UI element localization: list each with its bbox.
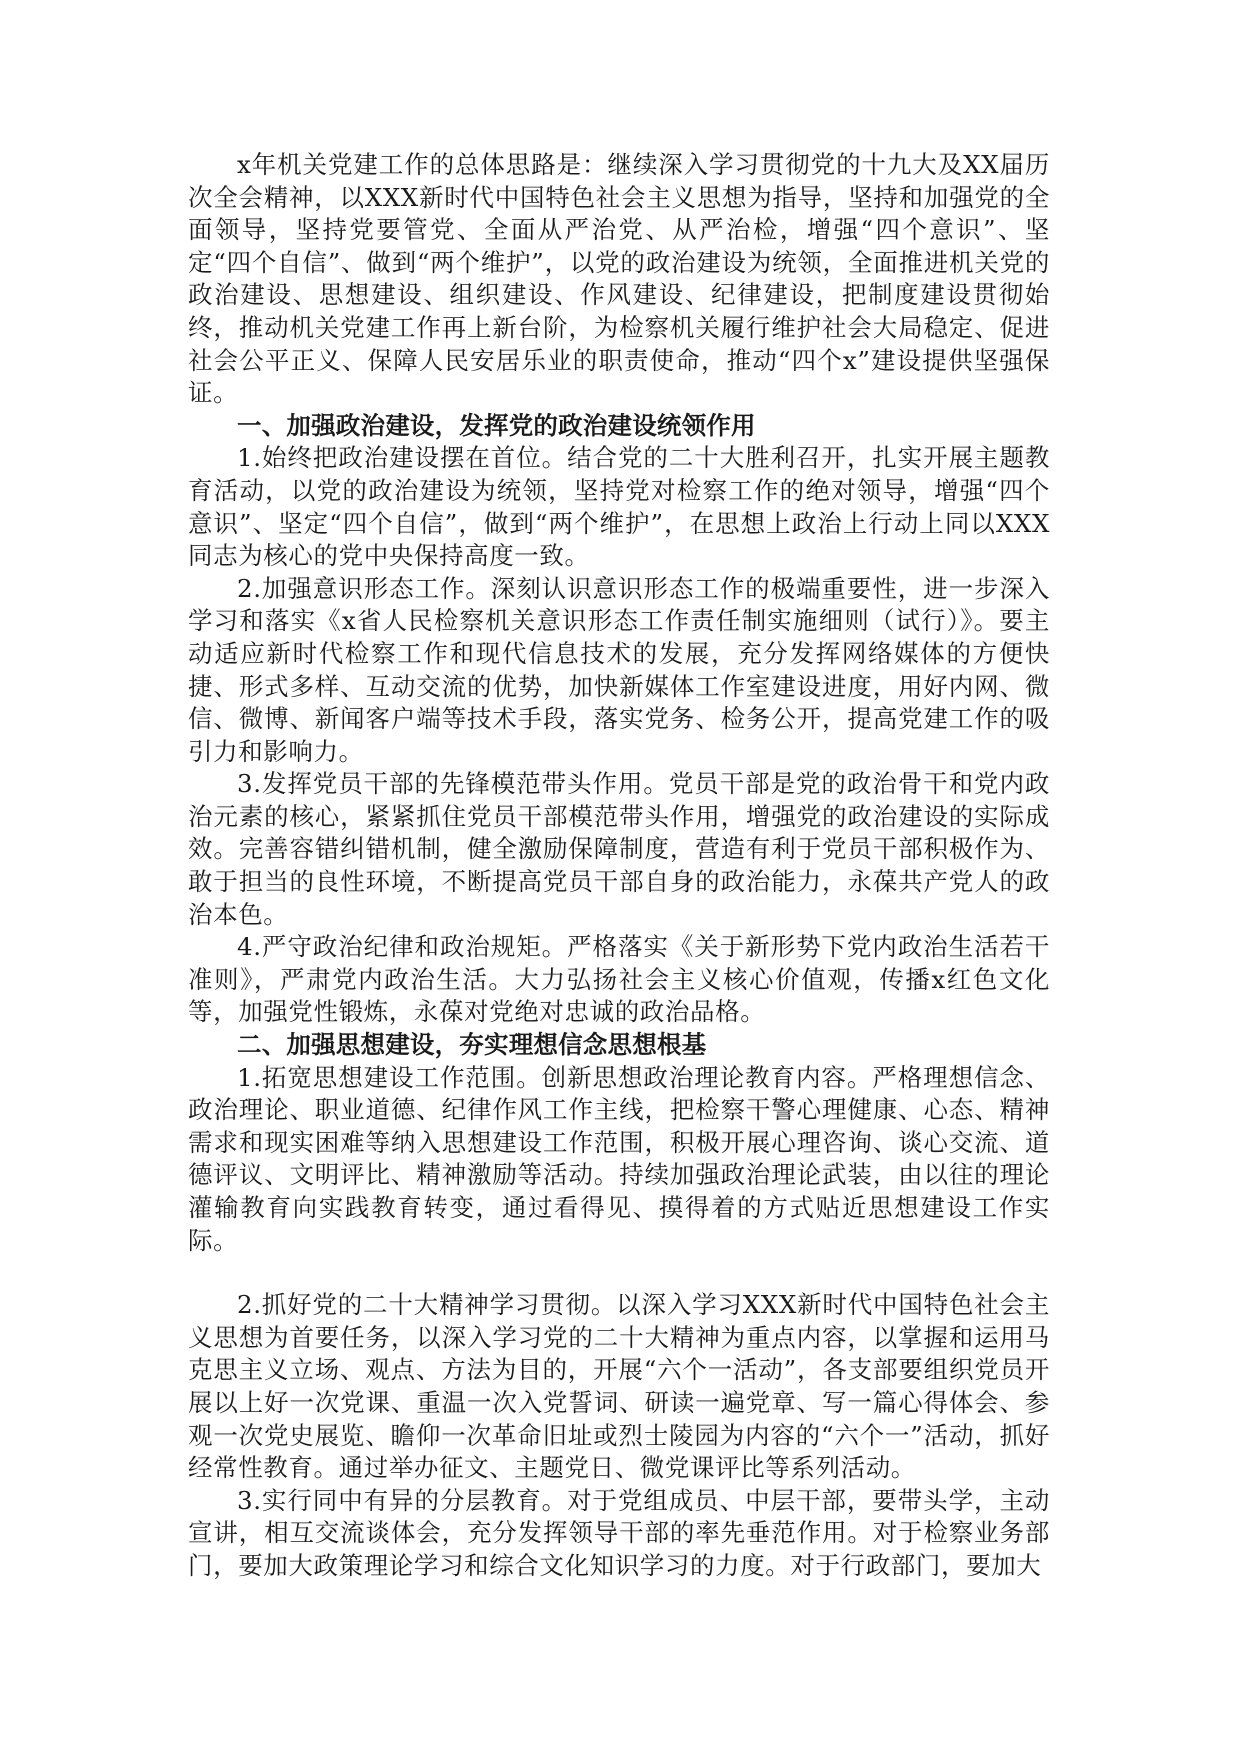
section-2-paragraph-1: 1.拓宽思想建设工作范围。创新思想政治理论教育内容。严格理想信念、政治理论、职业… (188, 1062, 1050, 1258)
section-2-paragraph-3: 3.实行同中有异的分层教育。对于党组成员、中层干部，要带头学，主动宣讲，相互交流… (188, 1485, 1050, 1583)
section-1-paragraph-2: 2.加强意识形态工作。深刻认识意识形态工作的极端重要性，进一步深入学习和落实《x… (188, 573, 1050, 769)
intro-paragraph: x年机关党建工作的总体思路是：继续深入学习贯彻党的十九大及XX届历次全会精神，以… (188, 149, 1050, 410)
blank-line (188, 1257, 1050, 1289)
section-1-paragraph-3: 3.发挥党员干部的先锋模范带头作用。党员干部是党的政治骨干和党内政治元素的核心，… (188, 768, 1050, 931)
section-1-heading: 一、加强政治建设，发挥党的政治建设统领作用 (188, 410, 1050, 443)
section-1-paragraph-1: 1.始终把政治建设摆在首位。结合党的二十大胜利召开，扎实开展主题教育活动，以党的… (188, 442, 1050, 572)
section-2-heading: 二、加强思想建设，夯实理想信念思想根基 (188, 1029, 1050, 1062)
section-1-paragraph-4: 4.严守政治纪律和政治规矩。严格落实《关于新形势下党内政治生活若干准则》，严肃党… (188, 931, 1050, 1029)
section-2-paragraph-2: 2.抓好党的二十大精神学习贯彻。以深入学习XXX新时代中国特色社会主义思想为首要… (188, 1289, 1050, 1485)
document-page: x年机关党建工作的总体思路是：继续深入学习贯彻党的十九大及XX届历次全会精神，以… (188, 149, 1050, 1583)
